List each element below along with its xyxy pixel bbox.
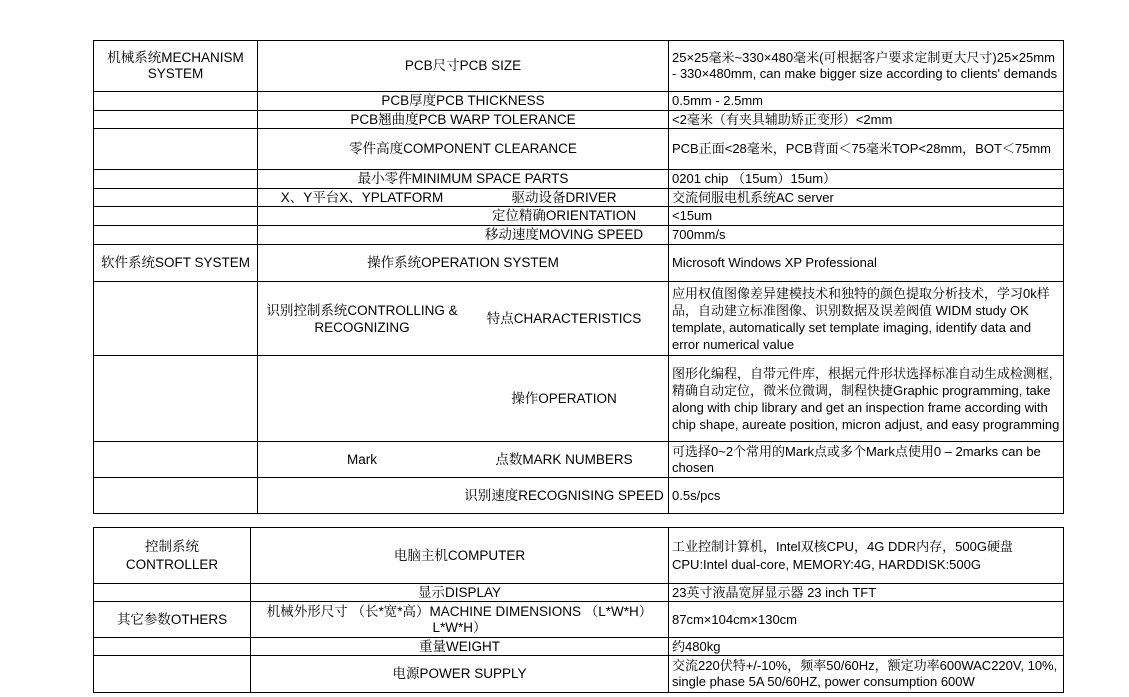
item-sub-left: Mark: [261, 452, 463, 468]
table-row: 控制系统 CONTROLLER 电脑主机COMPUTER 工业控制计算机，Int…: [94, 528, 1064, 584]
category-cell: [94, 92, 258, 111]
item-cell: Mark 点数MARK NUMBERS: [258, 442, 669, 478]
item-cell: 识别速度RECOGNISING SPEED: [258, 478, 669, 514]
item-cell: 电源POWER SUPPLY: [251, 656, 669, 693]
category-cell: 机械系统MECHANISM SYSTEM: [94, 41, 258, 92]
table-row: 移动速度MOVING SPEED 700mm/s: [94, 226, 1064, 245]
item-cell: 识别控制系统CONTROLLING & RECOGNIZING 特点CHARAC…: [258, 282, 669, 356]
category-cell: [94, 478, 258, 514]
category-cell: [94, 442, 258, 478]
value-cell: 图形化编程，自带元件库，根据元件形状选择标准自动生成检测框,精确自动定位，微米位…: [669, 356, 1064, 442]
table-row: PCB翘曲度PCB WARP TOLERANCE <2毫米（有夹具辅助矫正变形）…: [94, 111, 1064, 129]
value-cell: 交流伺服电机系统AC server: [669, 189, 1064, 207]
category-cell: 其它参数OTHERS: [94, 602, 251, 638]
table-row: 定位精确ORIENTATION <15um: [94, 207, 1064, 226]
item-cell: 最小零件MINIMUM SPACE PARTS: [258, 170, 669, 189]
item-cell: 操作OPERATION: [258, 356, 669, 442]
table-row: 显示DISPLAY 23英寸液晶宽屏显示器 23 inch TFT: [94, 584, 1064, 602]
controller-others-table: 控制系统 CONTROLLER 电脑主机COMPUTER 工业控制计算机，Int…: [93, 527, 1064, 693]
value-cell: 交流220伏特+/-10%，频率50/60Hz，额定功率600WAC220V, …: [669, 656, 1064, 693]
item-sub-left: 识别控制系统CONTROLLING & RECOGNIZING: [261, 302, 463, 336]
table-row: X、Y平台X、YPLATFORM 驱动设备DRIVER 交流伺服电机系统AC s…: [94, 189, 1064, 207]
value-cell: 0.5mm - 2.5mm: [669, 92, 1064, 111]
category-cell: [94, 638, 251, 656]
mechanism-soft-system-table: 机械系统MECHANISM SYSTEM PCB尺寸PCB SIZE 25×25…: [93, 40, 1064, 514]
item-cell: 重量WEIGHT: [251, 638, 669, 656]
table-row: PCB厚度PCB THICKNESS 0.5mm - 2.5mm: [94, 92, 1064, 111]
table-row: 机械系统MECHANISM SYSTEM PCB尺寸PCB SIZE 25×25…: [94, 41, 1064, 92]
table-row: 零件高度COMPONENT CLEARANCE PCB正面<28毫米，PCB背面…: [94, 129, 1064, 170]
table-row: 最小零件MINIMUM SPACE PARTS 0201 chip （15um）…: [94, 170, 1064, 189]
item-cell: 操作系统OPERATION SYSTEM: [258, 245, 669, 282]
spec-document: 机械系统MECHANISM SYSTEM PCB尺寸PCB SIZE 25×25…: [93, 40, 1064, 693]
item-cell: X、Y平台X、YPLATFORM 驱动设备DRIVER: [258, 189, 669, 207]
category-cell: [94, 207, 258, 226]
item-sub-right: 移动速度MOVING SPEED: [463, 227, 665, 243]
category-cell: [94, 656, 251, 693]
item-split: 定位精确ORIENTATION: [261, 208, 665, 224]
item-sub-right: 驱动设备DRIVER: [463, 190, 665, 206]
item-sub-right: 定位精确ORIENTATION: [463, 208, 665, 224]
item-cell: PCB尺寸PCB SIZE: [258, 41, 669, 92]
item-split: 识别控制系统CONTROLLING & RECOGNIZING 特点CHARAC…: [261, 302, 665, 336]
value-cell: 可选择0~2个常用的Mark点或多个Mark点使用0 – 2marks can …: [669, 442, 1064, 478]
item-cell: 零件高度COMPONENT CLEARANCE: [258, 129, 669, 170]
item-cell: 显示DISPLAY: [251, 584, 669, 602]
item-sub-right: 点数MARK NUMBERS: [463, 452, 665, 468]
category-cell: [94, 129, 258, 170]
item-sub-right: 识别速度RECOGNISING SPEED: [463, 488, 665, 504]
item-sub-left: X、Y平台X、YPLATFORM: [261, 190, 463, 206]
value-cell: Microsoft Windows XP Professional: [669, 245, 1064, 282]
table-row: 重量WEIGHT 约480kg: [94, 638, 1064, 656]
table-row: 电源POWER SUPPLY 交流220伏特+/-10%，频率50/60Hz，额…: [94, 656, 1064, 693]
item-split: X、Y平台X、YPLATFORM 驱动设备DRIVER: [261, 190, 665, 206]
category-cell: [94, 356, 258, 442]
table-row: 操作OPERATION 图形化编程，自带元件库，根据元件形状选择标准自动生成检测…: [94, 356, 1064, 442]
value-cell: <15um: [669, 207, 1064, 226]
item-split: 识别速度RECOGNISING SPEED: [261, 488, 665, 504]
category-cell: [94, 282, 258, 356]
item-sub-right: 操作OPERATION: [463, 390, 665, 407]
item-split: 操作OPERATION: [261, 390, 665, 407]
value-cell: 700mm/s: [669, 226, 1064, 245]
item-split: Mark 点数MARK NUMBERS: [261, 452, 665, 468]
item-split: 移动速度MOVING SPEED: [261, 227, 665, 243]
table-row: 识别速度RECOGNISING SPEED 0.5s/pcs: [94, 478, 1064, 514]
table-row: 识别控制系统CONTROLLING & RECOGNIZING 特点CHARAC…: [94, 282, 1064, 356]
category-cell: [94, 189, 258, 207]
item-cell: PCB翘曲度PCB WARP TOLERANCE: [258, 111, 669, 129]
value-cell: PCB正面<28毫米，PCB背面＜75毫米TOP<28mm，BOT＜75mm: [669, 129, 1064, 170]
table-row: 其它参数OTHERS 机械外形尺寸 （长*宽*高）MACHINE DIMENSI…: [94, 602, 1064, 638]
category-cell: [94, 111, 258, 129]
category-cell: [94, 226, 258, 245]
item-sub-right: 特点CHARACTERISTICS: [463, 310, 665, 327]
item-cell: 机械外形尺寸 （长*宽*高）MACHINE DIMENSIONS （L*W*H）…: [251, 602, 669, 638]
value-cell: 应用权值图像差异建模技术和独特的颜色提取分析技术，学习0k样品，自动建立标准图像…: [669, 282, 1064, 356]
category-cell: [94, 584, 251, 602]
category-cell: 软件系统SOFT SYSTEM: [94, 245, 258, 282]
item-cell: 移动速度MOVING SPEED: [258, 226, 669, 245]
value-cell: 0201 chip （15um）15um）: [669, 170, 1064, 189]
value-cell: 23英寸液晶宽屏显示器 23 inch TFT: [669, 584, 1064, 602]
category-cell: [94, 170, 258, 189]
item-cell: PCB厚度PCB THICKNESS: [258, 92, 669, 111]
item-cell: 定位精确ORIENTATION: [258, 207, 669, 226]
value-cell: 约480kg: [669, 638, 1064, 656]
value-cell: <2毫米（有夹具辅助矫正变形）<2mm: [669, 111, 1064, 129]
item-cell: 电脑主机COMPUTER: [251, 528, 669, 584]
table-row: Mark 点数MARK NUMBERS 可选择0~2个常用的Mark点或多个Ma…: [94, 442, 1064, 478]
table-row: 软件系统SOFT SYSTEM 操作系统OPERATION SYSTEM Mic…: [94, 245, 1064, 282]
value-cell: 87cm×104cm×130cm: [669, 602, 1064, 638]
category-cell: 控制系统 CONTROLLER: [94, 528, 251, 584]
value-cell: 25×25毫米~330×480毫米(可根据客户要求定制更大尺寸)25×25mm …: [669, 41, 1064, 92]
value-cell: 工业控制计算机，Intel双核CPU，4G DDR内存，500G硬盘 CPU:I…: [669, 528, 1064, 584]
value-cell: 0.5s/pcs: [669, 478, 1064, 514]
